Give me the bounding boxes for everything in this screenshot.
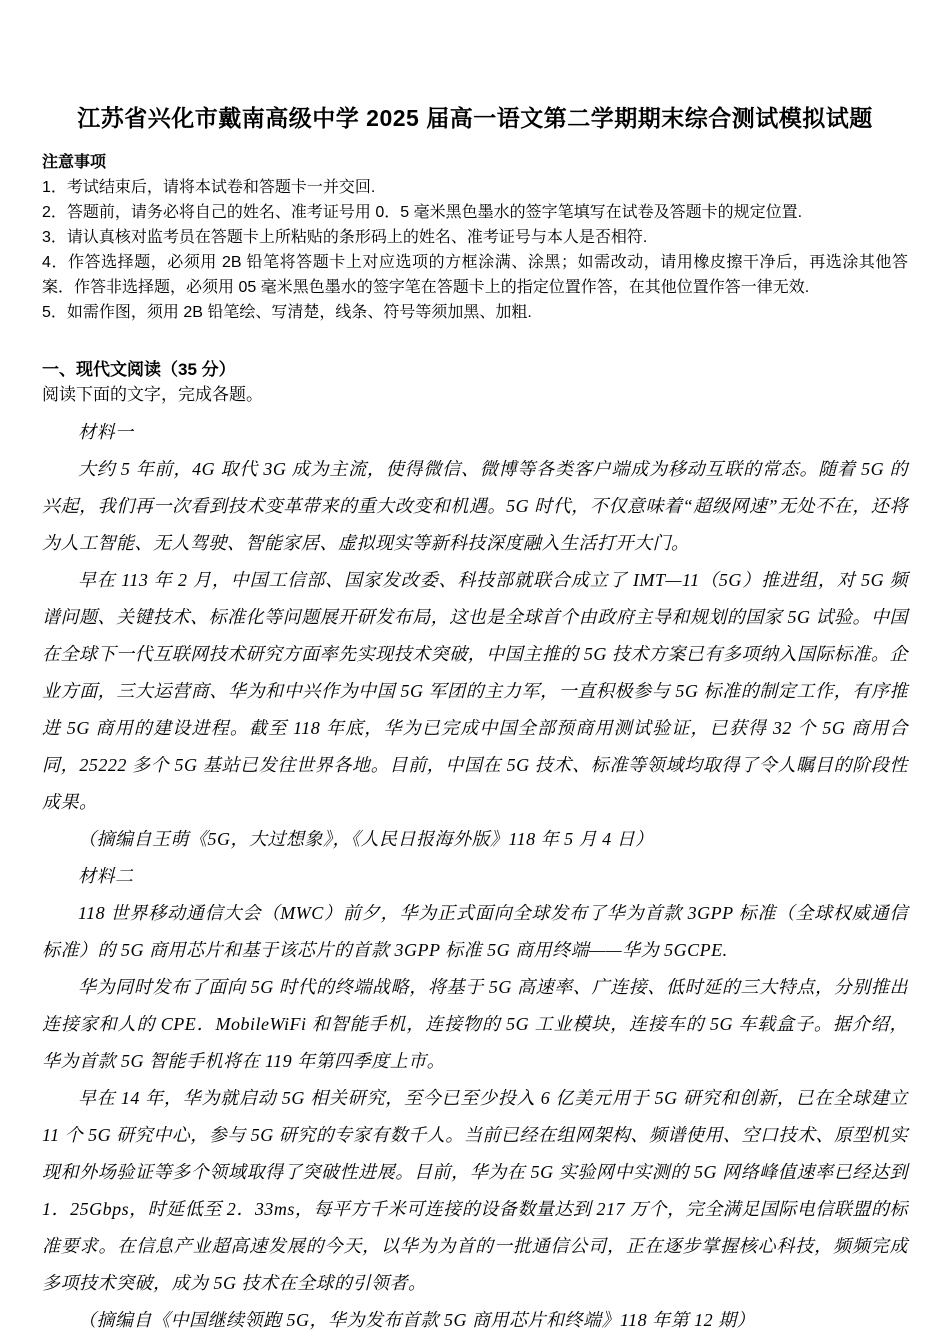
- material-1-paragraph-1: 大约 5 年前，4G 取代 3G 成为主流，使得微信、微博等各类客户端成为移动互…: [42, 451, 908, 562]
- notice-item-3: 3．请认真核对监考员在答题卡上所粘贴的条形码上的姓名、准考证号与本人是否相符.: [42, 225, 908, 250]
- notice-section: 注意事项 1．考试结束后，请将本试卷和答题卡一并交回. 2．答题前，请务必将自己…: [42, 150, 908, 325]
- exam-title: 江苏省兴化市戴南高级中学 2025 届高一语文第二学期期末综合测试模拟试题: [42, 102, 908, 134]
- notice-item-1: 1．考试结束后，请将本试卷和答题卡一并交回.: [42, 175, 908, 200]
- notice-item-2: 2．答题前，请务必将自己的姓名、准考证号用 0．5 毫米黑色墨水的签字笔填写在试…: [42, 200, 908, 225]
- material-1-label: 材料一: [42, 414, 908, 451]
- material-2-paragraph-1: 118 世界移动通信大会（MWC）前夕，华为正式面向全球发布了华为首款 3GPP…: [42, 895, 908, 969]
- notice-heading: 注意事项: [42, 150, 908, 175]
- material-2-attribution: （摘编自《中国继续领跑 5G，华为发布首款 5G 商用芯片和终端》118 年第 …: [42, 1302, 908, 1339]
- material-2-label: 材料二: [42, 858, 908, 895]
- exam-paper-page: 江苏省兴化市戴南高级中学 2025 届高一语文第二学期期末综合测试模拟试题 注意…: [0, 0, 950, 1344]
- material-2-paragraph-3: 早在 14 年，华为就启动 5G 相关研究，至今已至少投入 6 亿美元用于 5G…: [42, 1080, 908, 1302]
- notice-item-5: 5．如需作图，须用 2B 铅笔绘、写清楚，线条、符号等须加黑、加粗.: [42, 300, 908, 325]
- section-heading-modern-text-reading: 一、现代文阅读（35 分）: [42, 357, 908, 382]
- notice-item-4: 4．作答选择题，必须用 2B 铅笔将答题卡上对应选项的方框涂满、涂黑；如需改动，…: [42, 250, 908, 300]
- material-2-paragraph-2: 华为同时发布了面向 5G 时代的终端战略，将基于 5G 高速率、广连接、低时延的…: [42, 969, 908, 1080]
- material-1-paragraph-2: 早在 113 年 2 月，中国工信部、国家发改委、科技部就联合成立了 IMT—1…: [42, 562, 908, 821]
- reading-passage: 材料一 大约 5 年前，4G 取代 3G 成为主流，使得微信、微博等各类客户端成…: [42, 414, 908, 1339]
- section-intro: 阅读下面的文字，完成各题。: [42, 382, 908, 407]
- material-1-attribution: （摘编自王萌《5G，大过想象》，《人民日报海外版》118 年 5 月 4 日）: [42, 821, 908, 858]
